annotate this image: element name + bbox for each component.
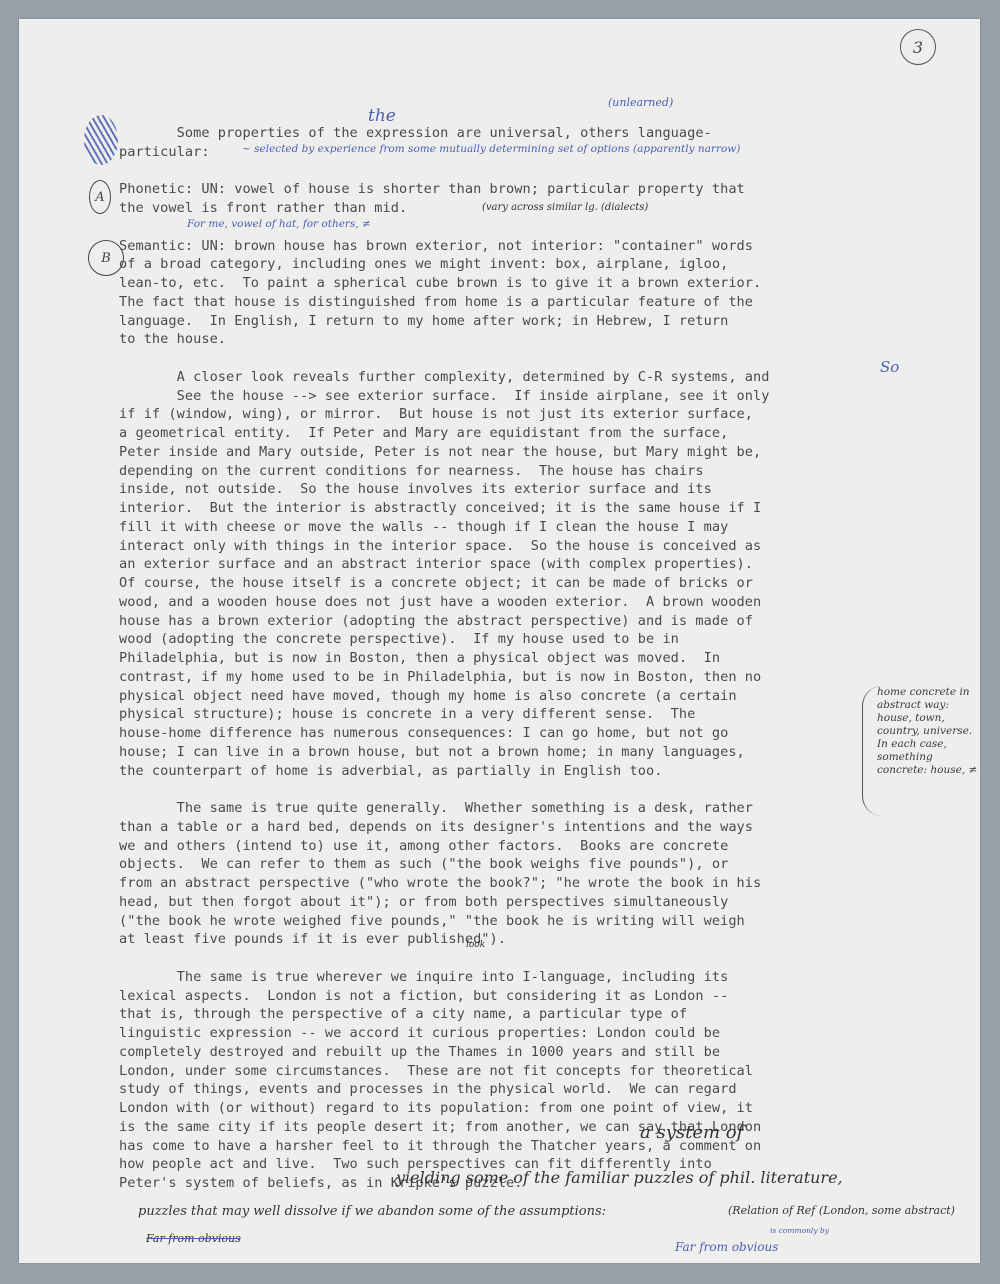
typed-line: from an abstract perspective ("who wrote… [119, 874, 770, 893]
typed-line: head, but then forgot about it"); or fro… [119, 893, 770, 912]
margin-mark-a: A [89, 180, 111, 214]
typed-line: Of course, the house itself is a concret… [119, 574, 770, 593]
scribbled-out-mark [84, 115, 118, 165]
typed-line: house; I can live in a brown house, but … [119, 743, 770, 762]
typed-line: London, under some circumstances. These … [119, 1062, 770, 1081]
typed-line: The same is true quite generally. Whethe… [119, 799, 770, 818]
typed-line: a geometrical entity. If Peter and Mary … [119, 424, 770, 443]
handwritten-insert-look: look [466, 940, 485, 950]
typed-line: study of things, events and processes in… [119, 1080, 770, 1099]
handwritten-insert-system: a system of [640, 1122, 743, 1143]
handwritten-bottom-commonly: is commonly by [770, 1226, 829, 1235]
typed-line: physical structure); house is concrete i… [119, 705, 770, 724]
typed-line: fill it with cheese or move the walls --… [119, 518, 770, 537]
typed-line: that is, through the perspective of a ci… [119, 1005, 770, 1024]
typed-line: if if (window, wing), or mirror. But hou… [119, 405, 770, 424]
handwritten-margin-so: So [880, 358, 899, 376]
typed-line: house-home difference has numerous conse… [119, 724, 770, 743]
typed-body-text: Some properties of the expression are un… [119, 124, 770, 1193]
typed-line: wood (adopting the concrete perspective)… [119, 630, 770, 649]
typed-line: See the house --> see exterior surface. … [119, 387, 770, 406]
typed-line: the counterpart of home is adverbial, as… [119, 762, 770, 781]
typed-line: physical object need have moved, though … [119, 687, 770, 706]
typed-line: London with (or without) regard to its p… [119, 1099, 770, 1118]
page-number: 3 [900, 29, 936, 65]
typed-line: of a broad category, including ones we m… [119, 255, 770, 274]
handwritten-side-note: home concrete in abstract way: house, to… [862, 686, 980, 816]
typed-line: Peter inside and Mary outside, Peter is … [119, 443, 770, 462]
handwritten-bottom-relation: (Relation of Ref (London, some abstract) [728, 1204, 955, 1217]
handwritten-bottom-struck: Far from obvious [146, 1232, 241, 1245]
typed-line: ("the book he wrote weighed five pounds,… [119, 912, 770, 931]
typed-line: lean-to, etc. To paint a spherical cube … [119, 274, 770, 293]
typed-line: wood, and a wooden house does not just h… [119, 593, 770, 612]
typed-line: we and others (intend to) use it, among … [119, 837, 770, 856]
typed-line: Philadelphia, but is now in Boston, then… [119, 649, 770, 668]
typed-line: the vowel is front rather than mid. [119, 199, 770, 218]
typed-line: language. In English, I return to my hom… [119, 312, 770, 331]
typed-line: house has a brown exterior (adopting the… [119, 612, 770, 631]
typed-line [119, 162, 770, 181]
typed-line: lexical aspects. London is not a fiction… [119, 987, 770, 1006]
typed-line [119, 949, 770, 968]
typed-line: an exterior surface and an abstract inte… [119, 555, 770, 574]
typed-line: The fact that house is distinguished fro… [119, 293, 770, 312]
typed-line: to the house. [119, 330, 770, 349]
typed-line: linguistic expression -- we accord it cu… [119, 1024, 770, 1043]
typed-line: interior. But the interior is abstractly… [119, 499, 770, 518]
typed-line: Semantic: UN: brown house has brown exte… [119, 237, 770, 256]
typed-line: The same is true wherever we inquire int… [119, 968, 770, 987]
typed-line: at least five pounds if it is ever publi… [119, 930, 770, 949]
handwritten-note-across: (vary across similar lg. (dialects) [482, 202, 648, 213]
typed-line: Some properties of the expression are un… [119, 124, 770, 143]
typed-line: completely destroyed and rebuilt up the … [119, 1043, 770, 1062]
typed-line: objects. We can refer to them as such ("… [119, 855, 770, 874]
handwritten-bottom-far: Far from obvious [675, 1240, 778, 1254]
typed-line: than a table or a hard bed, depends on i… [119, 818, 770, 837]
handwritten-insert-unlearned: (unlearned) [608, 96, 673, 109]
handwritten-note-vowel: For me, vowel of hat, for others, ≠ [187, 218, 371, 230]
handwritten-insert-the: the [368, 106, 396, 126]
typed-line: A closer look reveals further complexity… [119, 368, 770, 387]
typed-line: interact only with things in the interio… [119, 537, 770, 556]
typed-line: depending on the current conditions for … [119, 462, 770, 481]
handwritten-note-particular: ~ selected by experience from some mutua… [242, 143, 740, 155]
handwritten-bottom-line-2: puzzles that may well dissolve if we aba… [138, 1204, 606, 1219]
typed-line: inside, not outside. So the house involv… [119, 480, 770, 499]
typed-line [119, 349, 770, 368]
typed-line [119, 780, 770, 799]
handwritten-bottom-line-1: yielding some of the familiar puzzles of… [396, 1168, 843, 1187]
typed-line: contrast, if my home used to be in Phila… [119, 668, 770, 687]
typed-line: Phonetic: UN: vowel of house is shorter … [119, 180, 770, 199]
